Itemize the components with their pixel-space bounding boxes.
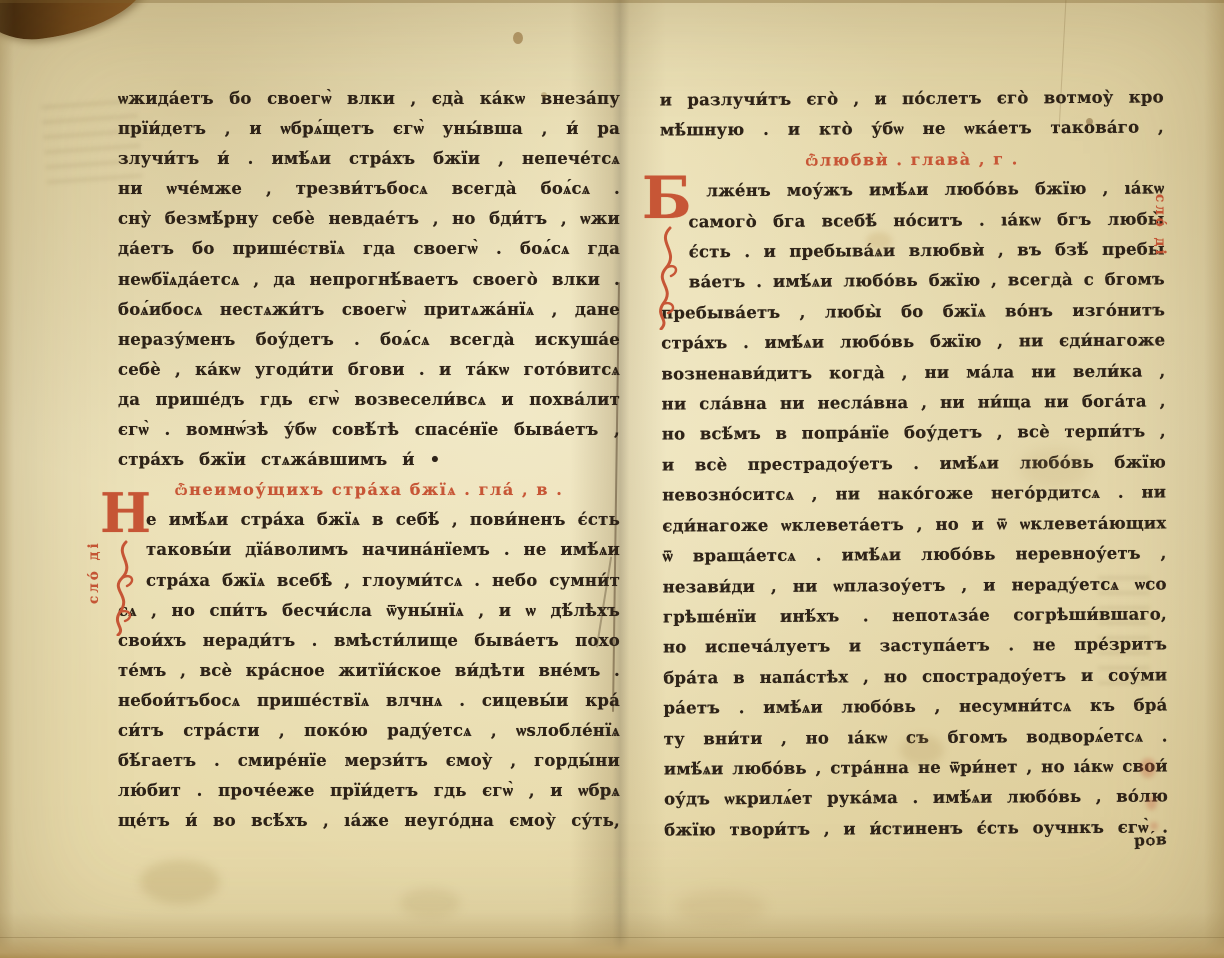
text-line: е имѣ́ѧи стра́ха бжїѧ в себѣ́ , пови́нен… bbox=[118, 505, 620, 535]
right-page: и разлучи́тъ єго̀ , и по́слетъ єго̀ вотм… bbox=[660, 82, 1169, 845]
text-line: боѧ́ибосѧ нестѧжи́тъ своегѡ̀ притѧжа́нїѧ… bbox=[118, 295, 620, 325]
text-line: лю́бит . проче́еже прїи́детъ гдь єгѡ̀ , … bbox=[118, 776, 620, 806]
text-line: є́сть . и пребыва́ѧи влюбвѝ , въ бзѣ́ пр… bbox=[661, 234, 1165, 267]
marginal-note: сло́ ді bbox=[1152, 194, 1168, 258]
page-edge-left bbox=[0, 0, 14, 958]
text-line: да прише́дъ гдь єгѡ̀ возвесели́всѧ и пох… bbox=[118, 385, 620, 415]
text-line: ту вни́ти , но ıа́кѡ съ бгомъ водворѧ́ет… bbox=[664, 721, 1168, 754]
text-line: оу́дъ ѡкрилѧ́ет рука́ма . имѣ́ѧи любо́вь… bbox=[664, 782, 1168, 815]
cover-corner bbox=[0, 0, 155, 47]
text-line: пребыва́етъ , любы̀ бо бжїѧ во́нъ изго́н… bbox=[661, 295, 1165, 328]
text-line: невозно́ситсѧ , ни нако́гоже него́рдитсѧ… bbox=[662, 478, 1166, 511]
text-line: єгѡ̀ . вомнѡ́зѣ у́бѡ совѣ́тѣ спасе́нїе б… bbox=[118, 415, 620, 445]
text-line: ѡжида́етъ бо своегѡ̀ влки , єда̀ ка́кѡ в… bbox=[118, 84, 620, 114]
text-line: свои́хъ неради́тъ . вмѣсти́лище быва́етъ… bbox=[118, 626, 620, 656]
page-stack-edge bbox=[0, 912, 1224, 958]
chapter-heading: ѽлюбвѝ . глава̀ , г . bbox=[660, 143, 1164, 176]
stain bbox=[513, 32, 523, 44]
drop-cap-initial: Б bbox=[642, 172, 692, 330]
text-line: небои́тъбосѧ прише́ствїѧ влчнѧ . сицевы́… bbox=[118, 686, 620, 716]
text-line: бжїю твори́тъ , и и́стиненъ є́сть оучнкъ… bbox=[664, 812, 1168, 845]
text-line: сѧ , но спи́тъ бесчи́сла ѿуны́нїѧ , и ѡ … bbox=[118, 596, 620, 626]
text-line: неразу́менъ боу́детъ . боѧ́сѧ всегда̀ ис… bbox=[118, 325, 620, 355]
text-line: бра́та в напа́стѣх , но спострадоу́етъ и… bbox=[663, 660, 1167, 693]
stain bbox=[140, 860, 220, 904]
text-line: да́етъ бо прише́ствїѧ гда своегѡ̀ . боѧ́… bbox=[118, 234, 620, 264]
text-line: ва́етъ . имѣ́ѧи любо́вь бжїю , всегда̀ с… bbox=[661, 265, 1165, 298]
book-spread: ѡжида́етъ бо своегѡ̀ влки , єда̀ ка́кѡ в… bbox=[0, 0, 1224, 958]
initial-letter: Н bbox=[100, 489, 151, 538]
text-line: прїи́детъ , и ѡбрѧ́щетъ єгѡ̀ уны́вша , и… bbox=[118, 114, 620, 144]
text-line: злучи́тъ и́ . имѣ́ѧи стра́хъ бжїи , непе… bbox=[118, 144, 620, 174]
text-line: ни ѡче́мже , трезви́тъбосѧ всегда̀ боѧ́с… bbox=[118, 174, 620, 204]
marginal-note: сло́ ді bbox=[86, 540, 102, 604]
page-edge-top bbox=[0, 0, 1224, 3]
text-line: таковы́и дїа́волимъ начина́нїемъ . не им… bbox=[118, 535, 620, 565]
text-line: но испеча́луетъ и заступа́етъ . не пре́з… bbox=[663, 630, 1167, 663]
page-edge-right bbox=[1204, 0, 1224, 958]
drop-cap-initial: Н bbox=[100, 489, 151, 636]
text-line: мѣ́шную . и кто̀ у́бѡ не ѡка́етъ такова́… bbox=[660, 113, 1164, 146]
text-line: лже́нъ моу́жъ имѣ́ѧи любо́вь бжїю , ıа́к… bbox=[660, 174, 1164, 207]
initial-flourish-ornament bbox=[648, 226, 686, 330]
text-line: бѣ́гаетъ . смире́нїе мерзи́тъ ємоу̀ , го… bbox=[118, 746, 620, 776]
text-line: себѐ , ка́кѡ угоди́ти бгови . и та́кѡ го… bbox=[118, 355, 620, 385]
text-line: и всѐ престрадоу́етъ . имѣ́ѧи любо́вь бж… bbox=[662, 447, 1166, 480]
text-line: имѣ́ѧи любо́вь , стра́нна не ѿри́нет , н… bbox=[664, 751, 1168, 784]
page-stack-edge-line bbox=[0, 937, 1224, 938]
text-line: но всѣ́мъ в попра́нїе боу́детъ , всѐ тер… bbox=[662, 417, 1166, 450]
text-line: незави́ди , ни ѡплазоу́етъ , и нераду́ет… bbox=[663, 569, 1167, 602]
text-line: возненави́дитъ когда̀ , ни ма́ла ни вели… bbox=[661, 356, 1165, 389]
folio-number: рѻ́в bbox=[1133, 829, 1168, 851]
text-line: сну̀ безмѣ́рну себѐ невдае́тъ , но бди́т… bbox=[118, 204, 620, 234]
text-line: те́мъ , всѐ кра́сное житїи́ское ви́дѣти … bbox=[118, 656, 620, 686]
initial-letter: Б bbox=[642, 172, 692, 224]
text-line: ни сла́вна ни несла́вна , ни ни́ща ни бо… bbox=[662, 387, 1166, 420]
initial-flourish-ornament bbox=[106, 540, 140, 636]
left-page: ѡжида́етъ бо своегѡ̀ влки , єда̀ ка́кѡ в… bbox=[118, 84, 620, 836]
text-line: грѣше́нїи инѣ́хъ . непотѧза́е согрѣши́вш… bbox=[663, 599, 1167, 632]
text-line: неѡбїѧда́етсѧ , да непрогнѣ́ваетъ своего… bbox=[118, 265, 620, 295]
text-line: стра́хъ бжїи стѧжа́вшимъ и́ • bbox=[118, 445, 620, 475]
text-line: ѿ враща́етсѧ . имѣ́ѧи любо́вь неревноу́е… bbox=[662, 539, 1166, 572]
chapter-heading: ѽнеимоу́щихъ стра́ха бжїѧ . гла́ , в . bbox=[118, 475, 620, 505]
text-line: самого̀ бга всебѣ́ но́ситъ . ıа́кѡ бгъ л… bbox=[660, 204, 1164, 237]
text-line: стра́ха бжїѧ всебѣ̀ , глоуми́тсѧ . небо … bbox=[118, 566, 620, 596]
text-line: єди́нагоже ѡклевета́етъ , но и ѿ ѡклевет… bbox=[662, 508, 1166, 541]
text-line: ще́тъ и́ во всѣ́хъ , ıа́же неуго́дна ємо… bbox=[118, 806, 620, 836]
text-line: стра́хъ . имѣ́ѧи любо́вь бжїю , ни єди́н… bbox=[661, 326, 1165, 359]
text-line: и разлучи́тъ єго̀ , и по́слетъ єго̀ вотм… bbox=[660, 82, 1164, 115]
text-line: ра́етъ . имѣ́ѧи любо́вь , несумни́тсѧ къ… bbox=[663, 691, 1167, 724]
text-line: си́тъ стра́сти , поко́ю раду́етсѧ , ѡѕло… bbox=[118, 716, 620, 746]
